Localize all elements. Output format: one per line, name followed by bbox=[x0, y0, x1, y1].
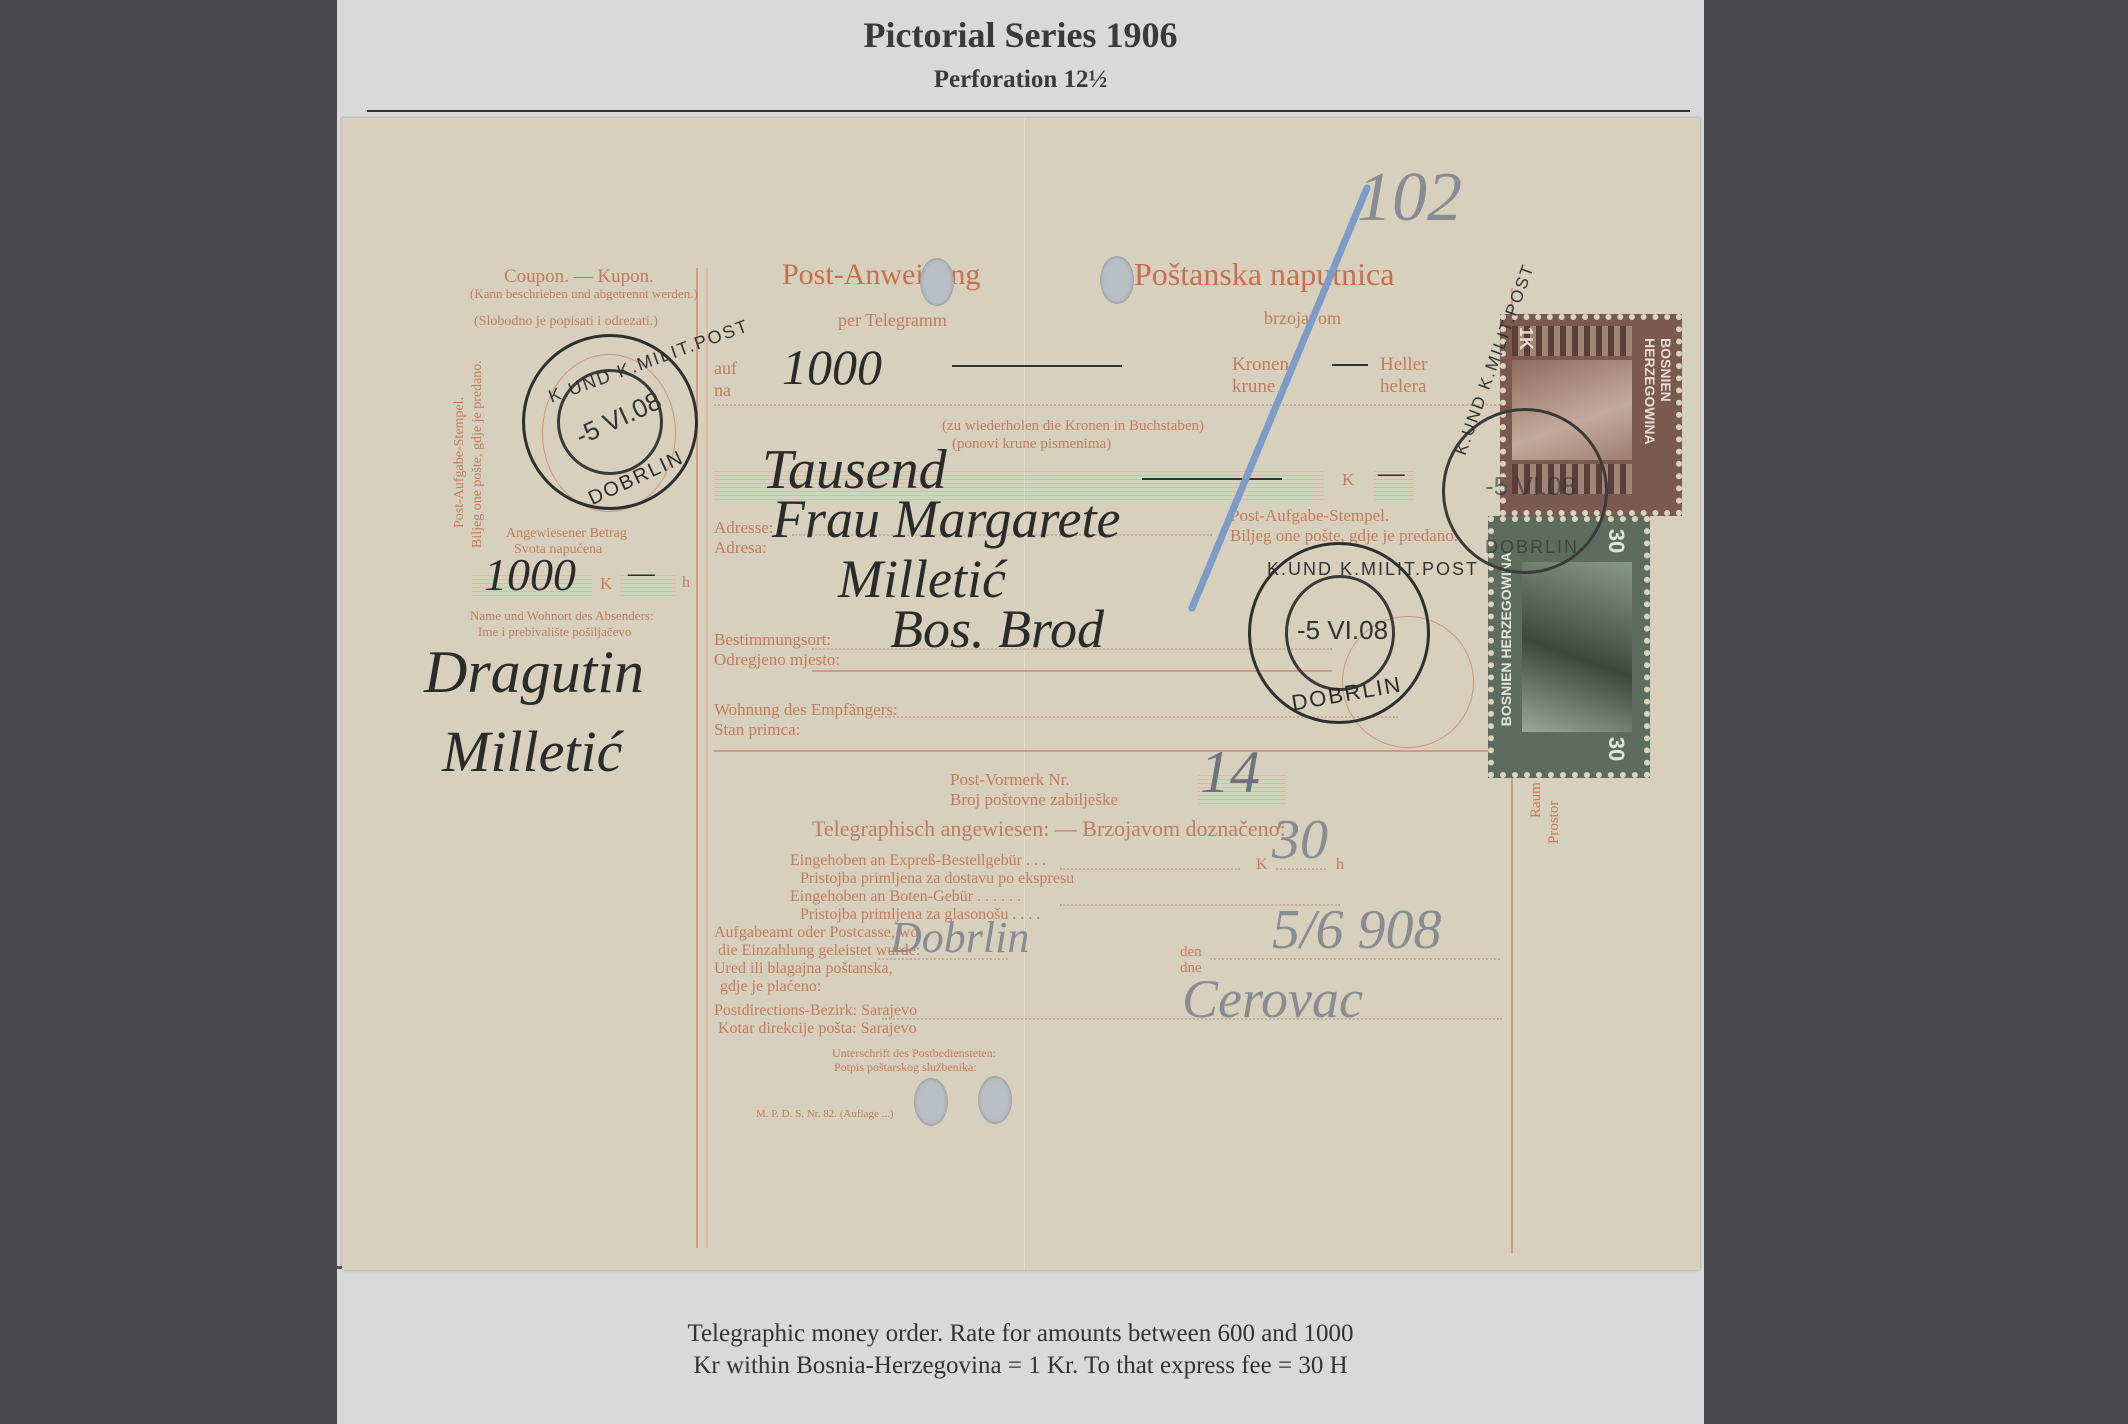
office-line bbox=[878, 958, 1008, 960]
coupon-amount-label-de: Angewiesener Betrag bbox=[506, 526, 627, 542]
coupon-title: Coupon. — Kupon. bbox=[504, 266, 654, 288]
title-divider bbox=[367, 110, 1690, 112]
date-label-de: den bbox=[1180, 944, 1202, 961]
stamp-2-country: BOSNIEN HERZEGOWINA bbox=[1498, 552, 1514, 726]
address-label-de: Adresse: bbox=[714, 518, 773, 538]
telegraph-heading: Telegraphisch angewiesen: — Brzojavom do… bbox=[812, 816, 1286, 842]
stamp-scene-icon bbox=[1522, 562, 1632, 732]
postmark-coupon: K.UND K.MILIT.POST -5 VI.08 DOBRLIN bbox=[522, 334, 698, 510]
pencil-signature: Cerovac bbox=[1182, 968, 1363, 1030]
destination-label-de: Bestimmungsort: bbox=[714, 630, 831, 650]
address-label-bs: Adresa: bbox=[714, 538, 767, 558]
register-label-bs: Broj poštovne zabilješke bbox=[950, 790, 1118, 810]
messenger-fee-de: Eingehoben an Boten-Gebür . . . . . . bbox=[790, 888, 1021, 906]
coupon-note-de: (Kann beschrieben und abgetrennt werden.… bbox=[470, 286, 698, 302]
auf-label: auf bbox=[714, 358, 737, 379]
postmark-date: -5 VI.08 bbox=[1485, 471, 1576, 502]
postmark-town: DOBRLIN bbox=[1485, 537, 1579, 558]
caption-line-1: Telegraphic money order. Rate for amount… bbox=[337, 1318, 1704, 1350]
office-label-bs-1: Ured ili blagajna poštanska, bbox=[714, 960, 893, 978]
residence-label-de: Wohnung des Empfängers: bbox=[714, 700, 898, 720]
signature-label-bs: Potpis poštarskog službenika: bbox=[834, 1060, 977, 1075]
date-value: 5/6 908 bbox=[1272, 898, 1442, 962]
sender-name-line-1: Dragutin bbox=[424, 638, 644, 707]
postmark-top-text: K.UND K.MILIT.POST bbox=[1267, 559, 1479, 580]
express-h-label: h bbox=[1336, 856, 1344, 874]
stamp-1-country: BOSNIEN HERZEGOWINA bbox=[1642, 338, 1674, 510]
register-value: 14 bbox=[1200, 738, 1260, 807]
residence-label-bs: Stan primca: bbox=[714, 720, 800, 740]
page-title: Pictorial Series 1906 bbox=[337, 14, 1704, 56]
express-fee-value: 30 bbox=[1272, 808, 1328, 872]
express-k-label: K bbox=[1256, 856, 1268, 874]
postmark-main: K.UND K.MILIT.POST -5 VI.08 DOBRLIN bbox=[1248, 542, 1430, 724]
stamp-2-value-bottom: 30 bbox=[1603, 737, 1629, 761]
space-label-bs: Prostor bbox=[1546, 801, 1563, 844]
express-fee-de: Eingehoben an Expreß-Bestellgebür . . . bbox=[790, 852, 1046, 870]
office-label-de-1: Aufgabeamt oder Postcasse, wo bbox=[714, 924, 918, 942]
district-label-bs: Kotar direkcije pošta: Sarajevo bbox=[718, 1020, 917, 1038]
punch-hole bbox=[978, 1076, 1012, 1124]
coupon-h-label: h bbox=[682, 574, 690, 592]
stamp-2-value: 30 bbox=[1603, 529, 1629, 553]
district-line bbox=[882, 1018, 1502, 1020]
office-label-bs-2: gdje je plaćeno: bbox=[720, 978, 821, 996]
register-label-de: Post-Vormerk Nr. bbox=[950, 770, 1070, 790]
coupon-stamp-label-bs: Biljeg one pošte, gdje je predano. bbox=[470, 360, 486, 548]
express-k-line bbox=[1060, 868, 1240, 870]
coupon-divider-2 bbox=[706, 268, 708, 1248]
section-divider bbox=[714, 750, 1504, 752]
coupon-note-bs: (Slobodno je popisati i odrezati.) bbox=[474, 314, 658, 330]
form-number: M. P. D. S. Nr. 82. (Auflage ...) bbox=[756, 1108, 894, 1120]
express-fee-bs: Pristojba primljena za dostavu po ekspre… bbox=[800, 870, 1074, 888]
stamp-1-value: 1K bbox=[1515, 327, 1536, 350]
coupon-k-label: K bbox=[600, 574, 612, 594]
postmark-date: -5 VI.08 bbox=[1297, 615, 1388, 646]
caption: Telegraphic money order. Rate for amount… bbox=[337, 1318, 1704, 1382]
caption-line-2: Kr within Bosnia-Herzegovina = 1 Kr. To … bbox=[337, 1350, 1704, 1382]
sender-name-line-2: Milletić bbox=[442, 718, 622, 785]
coupon-amount-value: 1000 bbox=[484, 548, 576, 601]
destination-label-bs: Odregjeno mjesto: bbox=[714, 650, 840, 670]
page-subtitle: Perforation 12½ bbox=[337, 66, 1704, 94]
office-value: Dobrlin bbox=[890, 912, 1029, 963]
na-label: na bbox=[714, 380, 731, 401]
space-label-de: Raum bbox=[1528, 782, 1545, 818]
coupon-stamp-label-de: Post-Aufgabe-Stempel. bbox=[452, 397, 468, 528]
coupon-heller-value: — bbox=[628, 556, 655, 590]
signature-label-de: Unterschrift des Postbediensteten: bbox=[832, 1046, 996, 1061]
coupon-sender-label-de: Name und Wohnort des Absenders: bbox=[470, 608, 654, 624]
postmark-stamp: K.UND K.MILIT.POST -5 VI.08 DOBRLIN bbox=[1442, 408, 1608, 574]
punch-hole bbox=[914, 1078, 948, 1126]
money-order-card: 102 Coupon. — Kupon. (Kann beschrieben u… bbox=[342, 118, 1700, 1270]
